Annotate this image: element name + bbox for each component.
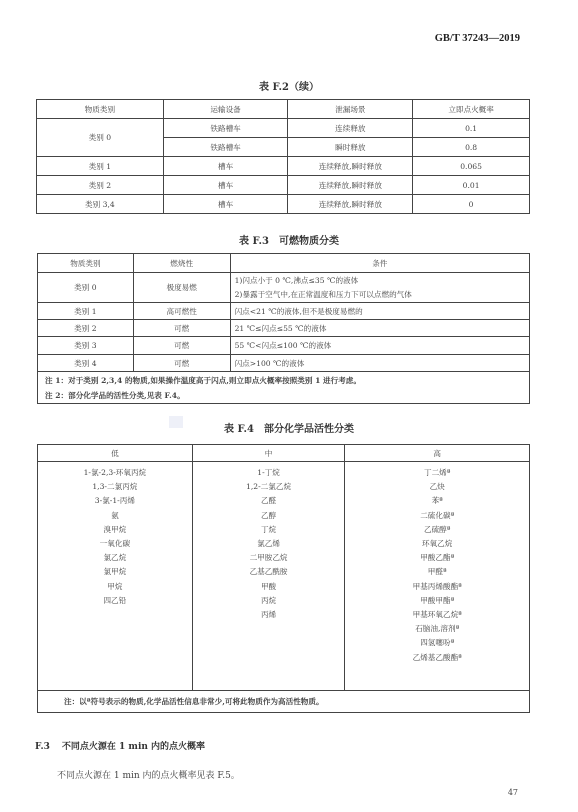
list-item: 四乙铅: [38, 594, 192, 608]
column-header-high: 高: [345, 445, 530, 462]
section-paragraph: 不同点火源在 1 min 内的点火概率见表 F.5。: [57, 768, 240, 781]
category-cell: 类别 2: [38, 320, 134, 337]
note-2: 注 2：部分化学品的活性分类,见表 F.4。: [45, 388, 529, 403]
condition-line: 2)暴露于空气中,在正常温度和压力下可以点燃的气体: [235, 288, 529, 302]
table-f4: 低 中 高 1-氯-2,3-环氧丙烷 1,3-二氯丙烷 3-氯-1-丙烯 氨 溴…: [37, 444, 530, 713]
table-note: 注 1：对于类别 2,3,4 的物质,如果操作温度高于闪点,则立即点火概率按照类…: [38, 372, 530, 404]
list-item: 溴甲烷: [38, 523, 192, 537]
column-header: 物质类别: [37, 100, 164, 119]
list-item: 氯乙烷: [38, 551, 192, 565]
list-item: 1,3-二氯丙烷: [38, 480, 192, 494]
section-number: F.3: [35, 742, 50, 752]
table-row: 类别 0 极度易燃 1)闪点小于 0 ℃,沸点≤35 ℃的液体 2)暴露于空气中…: [38, 273, 530, 303]
list-item: 甲酸: [193, 580, 345, 594]
list-item: 甲烷: [38, 580, 192, 594]
probability-cell: 0: [413, 195, 530, 214]
table-f4-caption: 表 F.4 部分化学品活性分类: [0, 420, 578, 435]
list-item: 乙炔: [345, 480, 529, 494]
list-item: 二甲胺乙烷: [193, 551, 345, 565]
table-row: 类别 1 槽车 连续释放,瞬时释放 0.065: [37, 157, 530, 176]
conditions-cell: 闪点<21 ℃的液体,但不是极度易燃的: [230, 303, 529, 320]
category-cell: 类别 0: [37, 119, 164, 157]
flammability-cell: 可燃: [133, 355, 230, 372]
list-item: 二硫化碳ª: [345, 509, 529, 523]
conditions-cell: 1)闪点小于 0 ℃,沸点≤35 ℃的液体 2)暴露于空气中,在正常温度和压力下…: [230, 273, 529, 303]
column-header-medium: 中: [192, 445, 345, 462]
standard-code: GB/T 37243—2019: [435, 33, 520, 44]
list-item: 甲酸乙酯ª: [345, 551, 529, 565]
category-cell: 类别 3: [38, 337, 134, 355]
flammability-cell: 极度易燃: [133, 273, 230, 303]
conditions-cell: 21 ℃≤闪点≤55 ℃的液体: [230, 320, 529, 337]
section-title: 不同点火源在 1 min 内的点火概率: [62, 742, 205, 752]
medium-activity-list: 1-丁烷 1,2-二氯乙烷 乙醛 乙醇 丁烷 氯乙烯 二甲胺乙烷 乙基乙酰胺 甲…: [192, 462, 345, 691]
probability-cell: 0.065: [413, 157, 530, 176]
list-item: 乙醛: [193, 494, 345, 508]
list-item: 1,2-二氯乙烷: [193, 480, 345, 494]
category-cell: 类别 3,4: [37, 195, 164, 214]
list-item: 丙烷: [193, 594, 345, 608]
list-item: 氯乙烯: [193, 537, 345, 551]
list-item: 1-丁烷: [193, 466, 345, 480]
table-header-row: 物质类别 运输设备 泄漏场景 立即点火概率: [37, 100, 530, 119]
flammability-cell: 可燃: [133, 320, 230, 337]
list-item: 甲醛ª: [345, 565, 529, 579]
table-row: 类别 4 可燃 闪点>100 ℃的液体: [38, 355, 530, 372]
table-row: 1-氯-2,3-环氧丙烷 1,3-二氯丙烷 3-氯-1-丙烯 氨 溴甲烷 一氧化…: [38, 462, 530, 691]
table-header-row: 低 中 高: [38, 445, 530, 462]
table-row: 类别 2 槽车 连续释放,瞬时释放 0.01: [37, 176, 530, 195]
table-f2-caption: 表 F.2（续）: [0, 78, 578, 93]
table-row: 类别 3 可燃 55 ℃<闪点≤100 ℃的液体: [38, 337, 530, 355]
column-header: 燃烧性: [133, 254, 230, 273]
list-item: 氨: [38, 509, 192, 523]
low-activity-list: 1-氯-2,3-环氧丙烷 1,3-二氯丙烷 3-氯-1-丙烯 氨 溴甲烷 一氧化…: [38, 462, 193, 691]
equipment-cell: 槽车: [163, 176, 288, 195]
condition-line: 1)闪点小于 0 ℃,沸点≤35 ℃的液体: [235, 274, 529, 288]
list-item: 1-氯-2,3-环氧丙烷: [38, 466, 192, 480]
page-number: 47: [508, 788, 518, 797]
note-1: 注 1：对于类别 2,3,4 的物质,如果操作温度高于闪点,则立即点火概率按照类…: [45, 373, 529, 388]
list-item: 乙基乙酰胺: [193, 565, 345, 579]
column-header-low: 低: [38, 445, 193, 462]
list-item: 3-氯-1-丙烯: [38, 494, 192, 508]
scenario-cell: 连续释放: [288, 119, 413, 138]
scenario-cell: 连续释放,瞬时释放: [288, 195, 413, 214]
category-cell: 类别 2: [37, 176, 164, 195]
table-note: 注：以ª符号表示的物质,化学品活性信息非常少,可将此物质作为高活性物质。: [38, 691, 530, 713]
list-item: 乙硫醇ª: [345, 523, 529, 537]
table-row: 类别 3,4 槽车 连续释放,瞬时释放 0: [37, 195, 530, 214]
section-heading: F.3不同点火源在 1 min 内的点火概率: [35, 739, 217, 752]
list-item: 氯甲烷: [38, 565, 192, 579]
table-note-row: 注：以ª符号表示的物质,化学品活性信息非常少,可将此物质作为高活性物质。: [38, 691, 530, 713]
probability-cell: 0.1: [413, 119, 530, 138]
list-item: 石脑油,溶剂ª: [345, 622, 529, 636]
list-item: 甲基环氧乙烷ª: [345, 608, 529, 622]
table-f3-caption: 表 F.3 可燃物质分类: [0, 232, 578, 247]
scenario-cell: 连续释放,瞬时释放: [288, 157, 413, 176]
probability-cell: 0.8: [413, 138, 530, 157]
list-item: 乙烯基乙酸酯ª: [345, 651, 529, 665]
table-f2: 物质类别 运输设备 泄漏场景 立即点火概率 类别 0 铁路槽车 连续释放 0.1…: [36, 99, 530, 214]
table-row: 类别 2 可燃 21 ℃≤闪点≤55 ℃的液体: [38, 320, 530, 337]
list-item: 甲酸甲酯ª: [345, 594, 529, 608]
category-cell: 类别 1: [38, 303, 134, 320]
table-note-row: 注 1：对于类别 2,3,4 的物质,如果操作温度高于闪点,则立即点火概率按照类…: [38, 372, 530, 404]
list-item: 一氧化碳: [38, 537, 192, 551]
equipment-cell: 铁路槽车: [163, 138, 288, 157]
list-item: 苯ª: [345, 494, 529, 508]
flammability-cell: 可燃: [133, 337, 230, 355]
flammability-cell: 高可燃性: [133, 303, 230, 320]
list-item: 乙醇: [193, 509, 345, 523]
equipment-cell: 槽车: [163, 195, 288, 214]
table-header-row: 物质类别 燃烧性 条件: [38, 254, 530, 273]
equipment-cell: 槽车: [163, 157, 288, 176]
list-item: 环氧乙烷: [345, 537, 529, 551]
list-item: 四氢噻吩ª: [345, 636, 529, 650]
table-row: 类别 0 铁路槽车 连续释放 0.1: [37, 119, 530, 138]
list-item: 甲基丙烯酸酯ª: [345, 580, 529, 594]
category-cell: 类别 0: [38, 273, 134, 303]
column-header: 条件: [230, 254, 529, 273]
probability-cell: 0.01: [413, 176, 530, 195]
scenario-cell: 瞬时释放: [288, 138, 413, 157]
scenario-cell: 连续释放,瞬时释放: [288, 176, 413, 195]
conditions-cell: 55 ℃<闪点≤100 ℃的液体: [230, 337, 529, 355]
table-row: 类别 1 高可燃性 闪点<21 ℃的液体,但不是极度易燃的: [38, 303, 530, 320]
category-cell: 类别 4: [38, 355, 134, 372]
table-f3: 物质类别 燃烧性 条件 类别 0 极度易燃 1)闪点小于 0 ℃,沸点≤35 ℃…: [37, 253, 530, 404]
list-item: 丁烷: [193, 523, 345, 537]
equipment-cell: 铁路槽车: [163, 119, 288, 138]
column-header: 立即点火概率: [413, 100, 530, 119]
high-activity-list: 丁二烯ª 乙炔 苯ª 二硫化碳ª 乙硫醇ª 环氧乙烷 甲酸乙酯ª 甲醛ª 甲基丙…: [345, 462, 530, 691]
column-header: 物质类别: [38, 254, 134, 273]
column-header: 运输设备: [163, 100, 288, 119]
list-item: 丙烯: [193, 608, 345, 622]
conditions-cell: 闪点>100 ℃的液体: [230, 355, 529, 372]
list-item: 丁二烯ª: [345, 466, 529, 480]
category-cell: 类别 1: [37, 157, 164, 176]
column-header: 泄漏场景: [288, 100, 413, 119]
